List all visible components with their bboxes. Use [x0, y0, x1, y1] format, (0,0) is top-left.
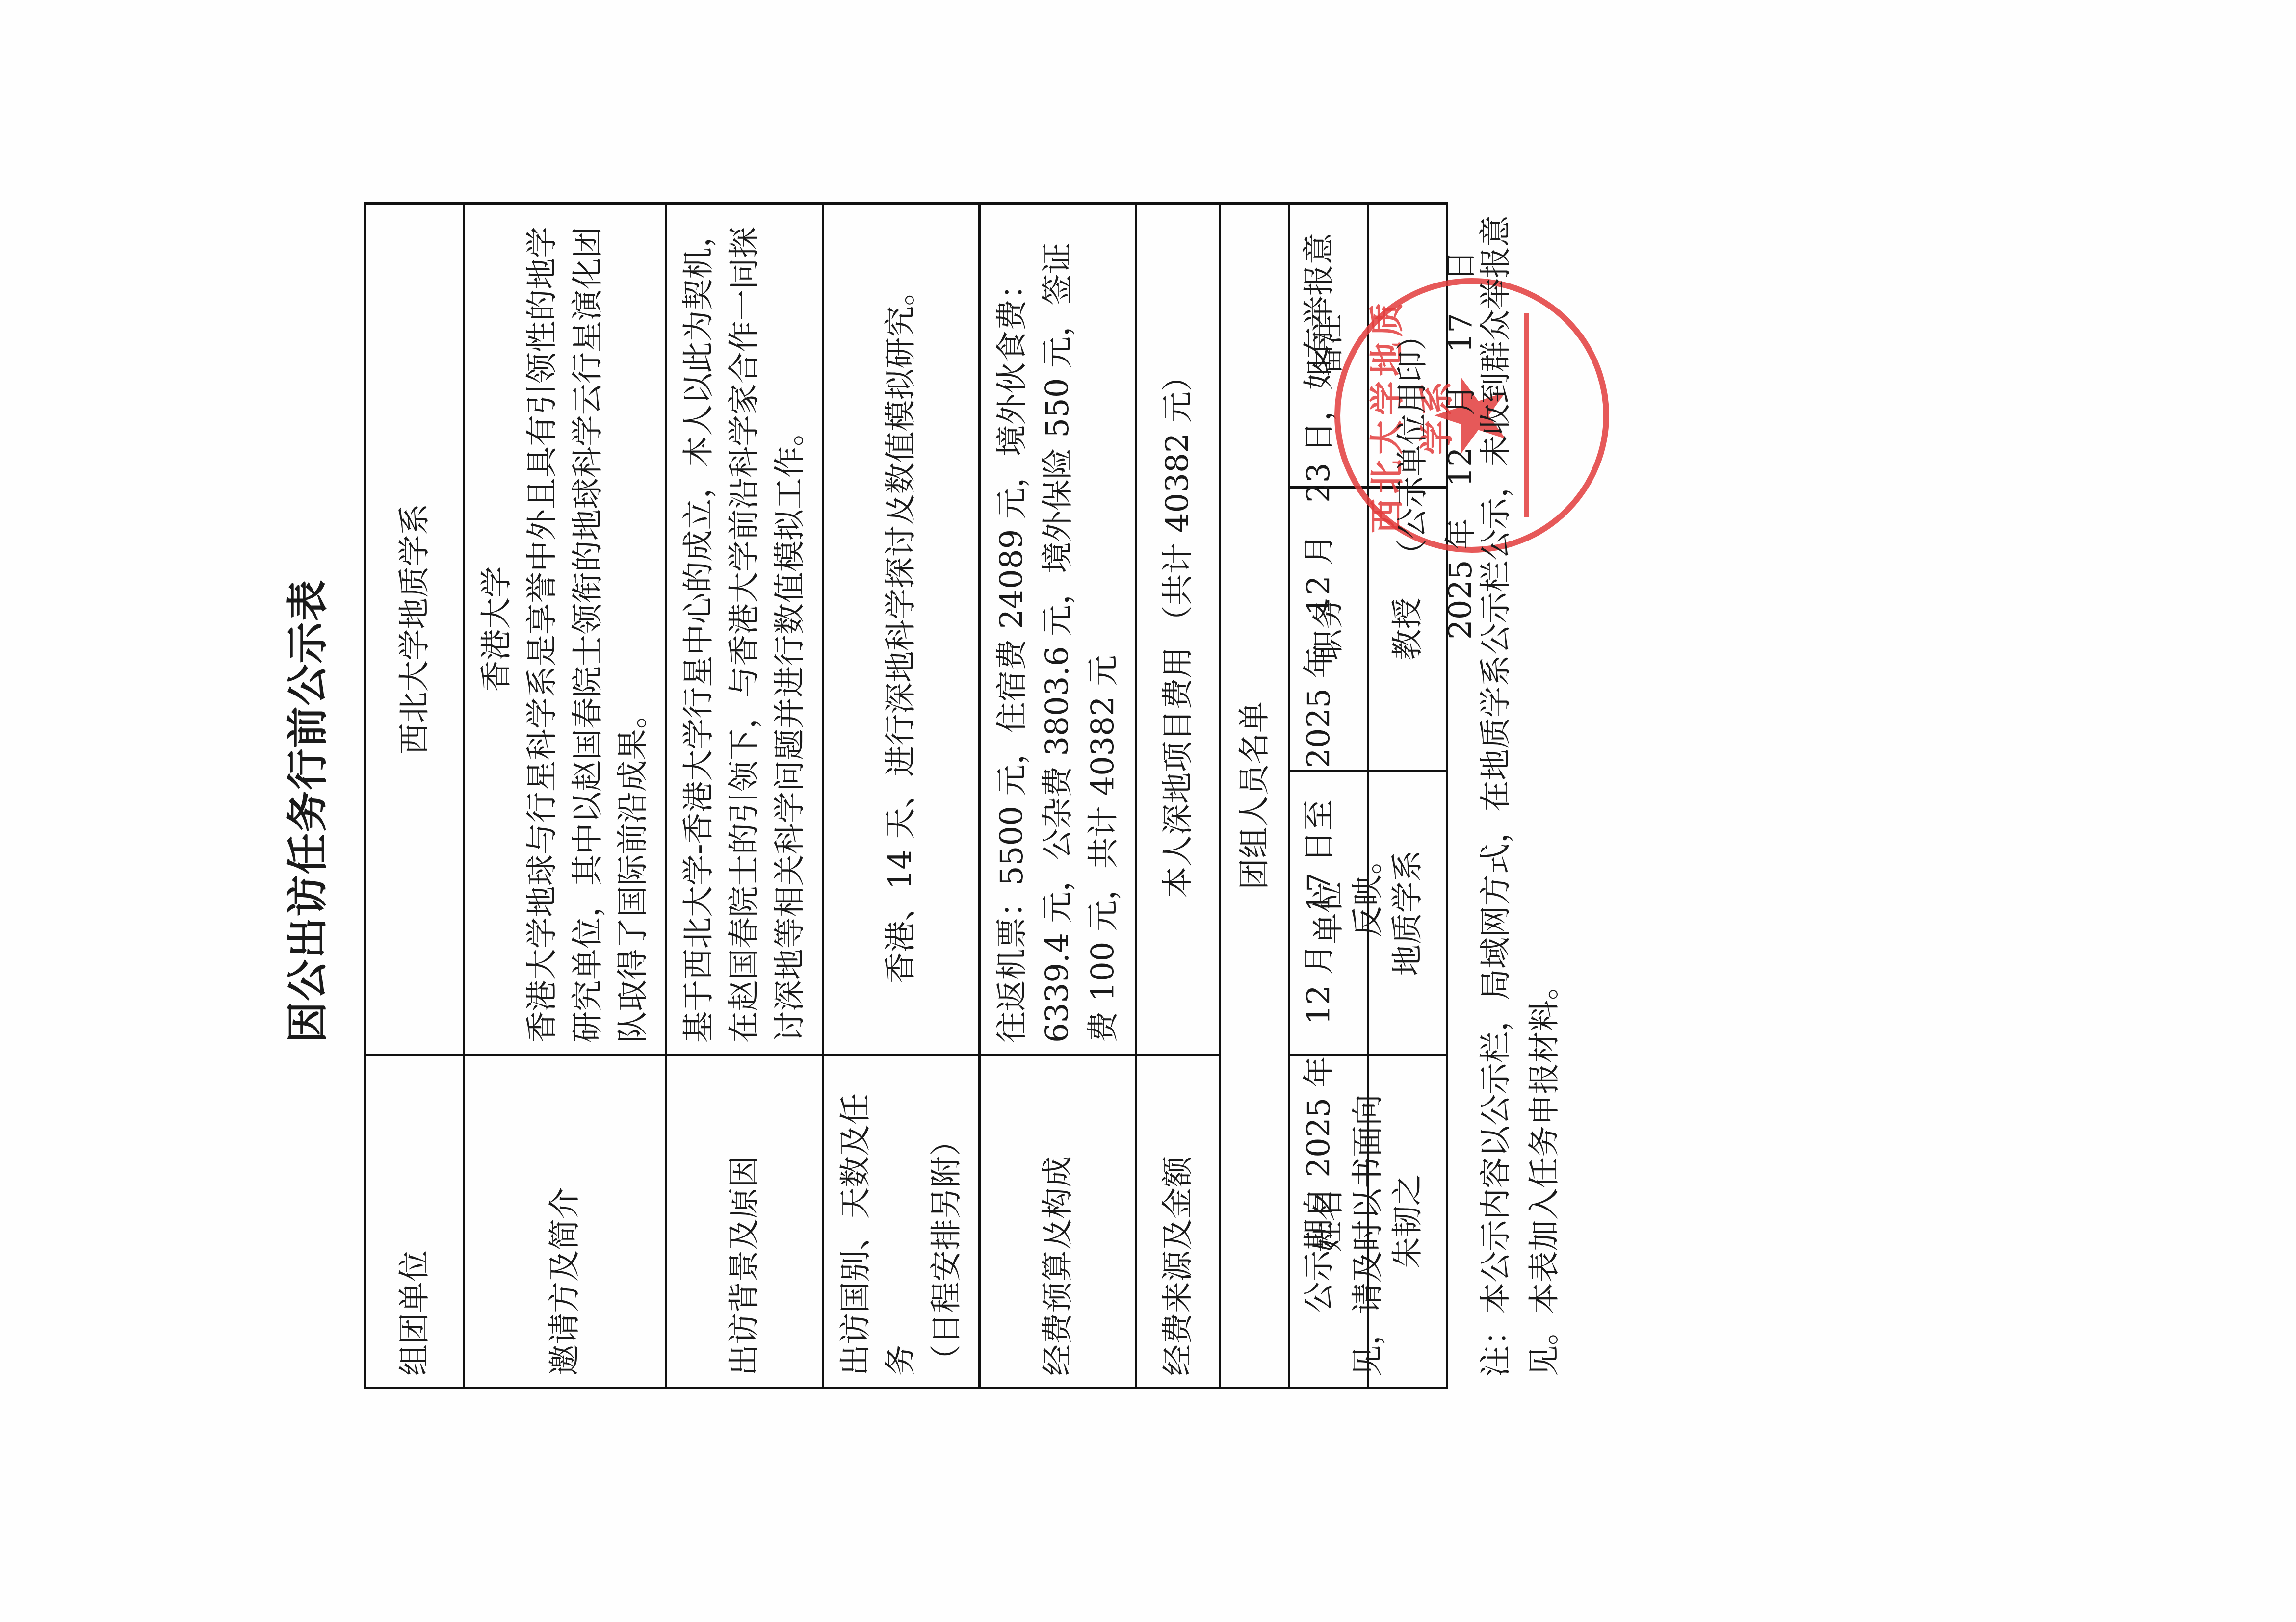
label-budget: 经费预算及构成 [979, 1055, 1136, 1388]
table-row-destination: 出访国别、天数及任务 （日程安排另附） 香港、14 天、进行深地科学探讨及数值模… [823, 204, 979, 1388]
table-row-invite: 邀请方及简介 香港大学 香港大学地球与行星科学系是享誉中外且具有引领性的地学研究… [464, 204, 666, 1388]
value-destination: 香港、14 天、进行深地科学探讨及数值模拟研究。 [823, 204, 979, 1055]
table-row-unit: 组团单位 西北大学地质学系 [365, 204, 464, 1388]
value-budget: 往返机票：5500 元，住宿费 24089 元，境外伙食费：6339.4 元，公… [979, 204, 1136, 1055]
label-destination-main: 出访国别、天数及任务 [837, 1093, 919, 1376]
roster-title: 团组人员名单 [1220, 204, 1289, 1388]
value-unit: 西北大学地质学系 [365, 204, 464, 1055]
label-background: 出访背景及原因 [666, 1055, 823, 1388]
inviter-name: 香港大学 [474, 215, 520, 1043]
value-invite: 香港大学 香港大学地球与行星科学系是享誉中外且具有引领性的地学研究单位，其中以赵… [464, 204, 666, 1055]
table-row-background: 出访背景及原因 基于西北大学-香港大学行星中心的成立，本人以此为契机，在赵国春院… [666, 204, 823, 1388]
value-funding: 本人深地项目费用 （共计 40382 元） [1136, 204, 1220, 1055]
value-background: 基于西北大学-香港大学行星中心的成立，本人以此为契机，在赵国春院士的引领下，与香… [666, 204, 823, 1055]
signature-block: （公示单位用印） 2025 年 12 月 17 日 [1388, 200, 1486, 690]
inviter-description: 香港大学地球与行星科学系是享誉中外且具有引领性的地学研究单位，其中以赵国春院士领… [524, 227, 652, 1043]
label-destination-sub: （日程安排另附） [928, 1125, 965, 1376]
stamp-caption: （公示单位用印） [1388, 200, 1437, 690]
table-row-budget: 经费预算及构成 往返机票：5500 元，住宿费 24089 元，境外伙食费：63… [979, 204, 1136, 1388]
label-unit: 组团单位 [365, 1055, 464, 1388]
page-title: 因公出访任务行前公示表 [275, 0, 334, 1622]
table-row-funding: 经费来源及金额 本人深地项目费用 （共计 40382 元） [1136, 204, 1220, 1388]
label-destination: 出访国别、天数及任务 （日程安排另附） [823, 1055, 979, 1388]
footnote: 注：本公示内容以公示栏，局域网方式，在地质学系公示栏公示，未收到群众举报意见。本… [1472, 190, 1569, 1377]
label-invite: 邀请方及简介 [464, 1055, 666, 1388]
document-page: 因公出访任务行前公示表 组团单位 西北大学地质学系 邀请方及简介 香港大学 香港… [0, 0, 2296, 1622]
label-funding: 经费来源及金额 [1136, 1055, 1220, 1388]
disclosure-form-table: 组团单位 西北大学地质学系 邀请方及简介 香港大学 香港大学地球与行星科学系是享… [364, 202, 1448, 1389]
table-row-roster-title: 团组人员名单 [1220, 204, 1289, 1388]
